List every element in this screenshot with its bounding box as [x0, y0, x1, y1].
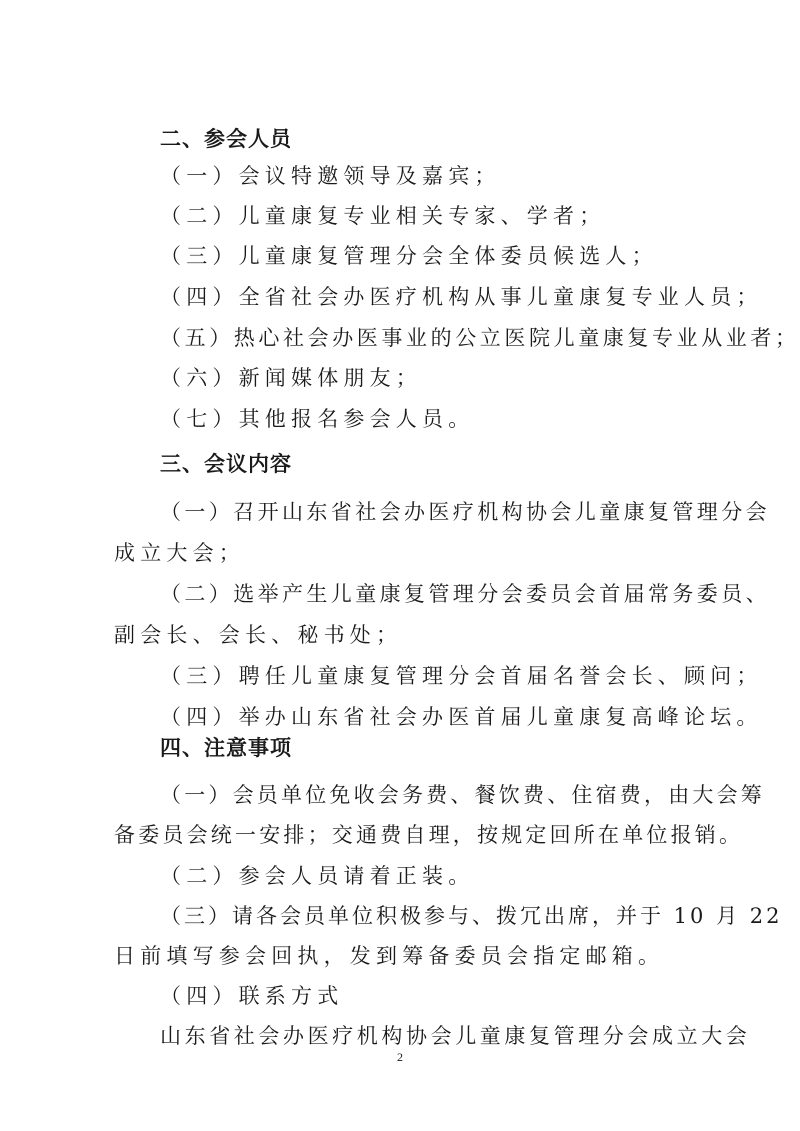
- participant-item-3: （三）儿童康复管理分会全体委员候选人；: [160, 241, 658, 271]
- contact-organization: 山东省社会办医疗机构协会儿童康复管理分会成立大会: [160, 1021, 750, 1051]
- section-heading-participants: 二、参会人员: [160, 124, 292, 154]
- notice-item-2: （二）参会人员请着正装。: [160, 861, 474, 891]
- notice-item-3-line2: 日前填写参会回执，发到筹备委员会指定邮箱。: [114, 941, 664, 971]
- document-page: 二、参会人员 （一）会议特邀领导及嘉宾； （二）儿童康复专业相关专家、学者； （…: [0, 0, 800, 1131]
- participant-item-1: （一）会议特邀领导及嘉宾；: [160, 161, 501, 191]
- notice-item-3-line1: （三）请各会员单位积极参与、拨冗出席，并于 10 月 22: [160, 901, 782, 931]
- notice-item-1-line1: （一）会员单位免收会务费、餐饮费、住宿费，由大会筹: [160, 780, 765, 810]
- agenda-item-4: （四）举办山东省社会办医首届儿童康复高峰论坛。: [160, 702, 763, 732]
- section-heading-notices: 四、注意事项: [160, 733, 292, 763]
- participant-item-5: （五）热心社会办医事业的公立医院儿童康复专业从业者；: [160, 323, 800, 353]
- participant-item-4: （四）全省社会办医疗机构从事儿童康复专业人员；: [160, 282, 763, 312]
- participant-item-7: （七）其他报名参会人员。: [160, 404, 474, 434]
- notice-item-1-line2: 备委员会统一安排；交通费自理，按规定回所在单位报销。: [114, 820, 743, 850]
- agenda-item-1-line2: 成立大会；: [114, 538, 245, 568]
- participant-item-2: （二）儿童康复专业相关专家、学者；: [160, 201, 605, 231]
- participant-item-6: （六）新闻媒体朋友；: [160, 363, 422, 393]
- agenda-item-3: （三）聘任儿童康复管理分会首届名誉会长、顾问；: [160, 661, 763, 691]
- agenda-item-1-line1: （一）召开山东省社会办医疗机构协会儿童康复管理分会: [160, 497, 770, 527]
- section-heading-agenda: 三、会议内容: [160, 449, 292, 479]
- agenda-item-2-line1: （二）选举产生儿童康复管理分会委员会首届常务委员、: [160, 579, 770, 609]
- agenda-item-2-line2: 副会长、会长、秘书处；: [114, 620, 402, 650]
- notice-item-4: （四）联系方式: [160, 981, 343, 1011]
- page-number: 2: [0, 1050, 800, 1065]
